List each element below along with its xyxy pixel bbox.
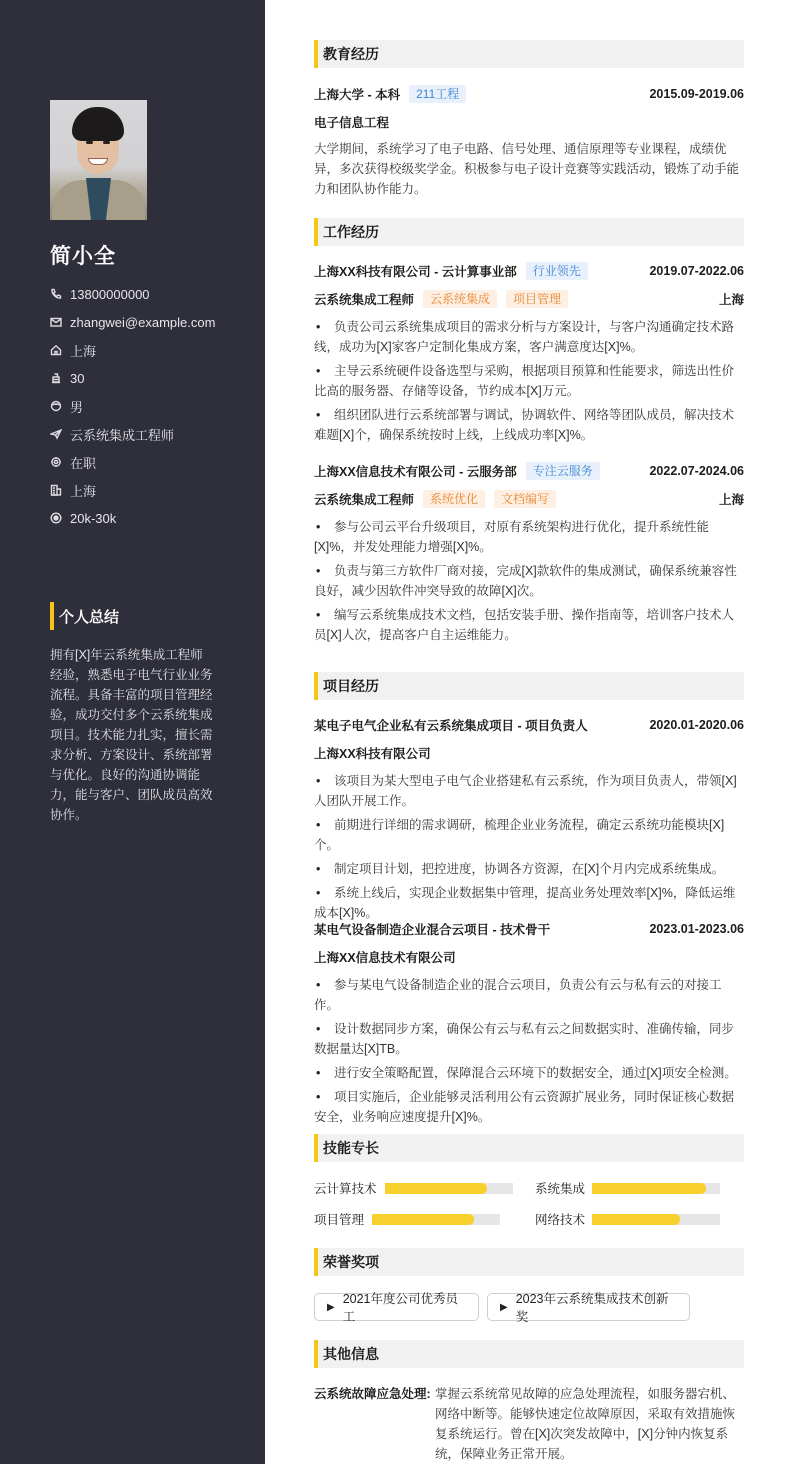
skill-item: 网络技术 <box>535 1211 720 1227</box>
list-item: 组织团队进行云系统部署与调试，协调软件、网络等团队成员，解决技术难题[X]个，确… <box>314 405 744 445</box>
work-role-row: 云系统集成工程师 系统优化 文档编写 上海 <box>314 490 744 508</box>
city-icon <box>50 484 62 496</box>
list-item: 负责公司云系统集成项目的需求分析与方案设计，与客户沟通确定技术路线，成功为[X]… <box>314 317 744 357</box>
info-salary: 20k-30k <box>50 504 215 532</box>
project-date: 2023.01-2023.06 <box>649 922 744 936</box>
work-location: 上海 <box>719 290 744 308</box>
skill-item: 云计算技术 <box>314 1180 513 1196</box>
summary-text: 拥有[X]年云系统集成工程师经验，熟悉电子电气行业业务流程。具备丰富的项目管理经… <box>50 645 214 825</box>
info-age: 30 <box>50 364 215 392</box>
work-company-row: 上海XX科技有限公司 - 云计算事业部 行业领先 2019.07-2022.06 <box>314 262 744 280</box>
skill-bar <box>592 1183 720 1194</box>
section-education-heading: 教育经历 <box>314 40 744 68</box>
skill-name: 项目管理 <box>314 1210 364 1228</box>
info-status: 在职 <box>50 448 215 476</box>
info-gender: 男 <box>50 392 215 420</box>
info-address: 上海 <box>50 336 215 364</box>
list-item: 主导云系统硬件设备选型与采购，根据项目预算和性能要求，筛选出性价比高的服务器、存… <box>314 361 744 401</box>
info-job: 云系统集成工程师 <box>50 420 215 448</box>
project-date: 2020.01-2020.06 <box>649 718 744 732</box>
section-projects-heading: 项目经历 <box>314 672 744 700</box>
award-chip: ▶ 2021年度公司优秀员工 <box>314 1293 479 1321</box>
section-other-heading: 其他信息 <box>314 1340 744 1368</box>
project-bullets: 参与某电气设备制造企业的混合云项目，负责公有云与私有云的对接工作。 设计数据同步… <box>314 975 744 1131</box>
other-info-row: 云系统故障应急处理: 掌握云系统常见故障的应急处理流程，如服务器宕机、网络中断等… <box>314 1384 744 1464</box>
avatar <box>50 100 147 220</box>
company-tag: 专注云服务 <box>526 462 600 480</box>
other-info-value: 掌握云系统常见故障的应急处理流程，如服务器宕机、网络中断等。能够快速定位故障原因… <box>435 1384 744 1464</box>
list-item: 该项目为某大型电子电气企业搭建私有云系统，作为项目负责人，带领[X]人团队开展工… <box>314 771 744 811</box>
skill-bar-fill <box>592 1183 706 1194</box>
work-company: 上海XX科技有限公司 - 云计算事业部 <box>314 262 517 280</box>
mail-icon <box>50 316 62 328</box>
work-location: 上海 <box>719 490 744 508</box>
skill-bar <box>385 1183 513 1194</box>
work-date: 2019.07-2022.06 <box>649 264 744 278</box>
project-header-row: 某电子电气企业私有云系统集成项目 - 项目负责人 2020.01-2020.06 <box>314 716 744 734</box>
project-name: 某电气设备制造企业混合云项目 - 技术骨干 <box>314 920 550 938</box>
sidebar: 简小全 13800000000 zhangwei@example.com 上海 … <box>0 0 265 1464</box>
info-email: zhangwei@example.com <box>50 308 215 336</box>
project-name: 某电子电气企业私有云系统集成项目 - 项目负责人 <box>314 716 588 734</box>
accent-bar <box>50 602 54 630</box>
list-item: 项目实施后，企业能够灵活利用公有云资源扩展业务，同时保证核心数据安全，业务响应速… <box>314 1087 744 1127</box>
summary-heading: 个人总结 <box>50 602 119 630</box>
salary-icon <box>50 512 62 524</box>
home-icon <box>50 344 62 356</box>
project-company-row: 上海XX信息技术有限公司 <box>314 948 744 966</box>
project-company: 上海XX科技有限公司 <box>314 744 431 762</box>
work-company: 上海XX信息技术有限公司 - 云服务部 <box>314 462 517 480</box>
work-role-row: 云系统集成工程师 云系统集成 项目管理 上海 <box>314 290 744 308</box>
skill-bar-fill <box>592 1214 680 1225</box>
education-date: 2015.09-2019.06 <box>649 87 744 101</box>
skill-item: 系统集成 <box>535 1180 720 1196</box>
job-icon <box>50 428 62 440</box>
role-tag: 系统优化 <box>423 490 485 508</box>
skill-bar-fill <box>372 1214 474 1225</box>
other-info-label: 云系统故障应急处理: <box>314 1384 435 1464</box>
list-item: 进行安全策略配置，保障混合云环境下的数据安全，通过[X]项安全检测。 <box>314 1063 744 1083</box>
role-tag: 文档编写 <box>494 490 556 508</box>
list-item: 设计数据同步方案，确保公有云与私有云之间数据实时、准确传输，同步数据量达[X]T… <box>314 1019 744 1059</box>
contact-info-list: 13800000000 zhangwei@example.com 上海 30 男… <box>50 280 215 532</box>
skill-item: 项目管理 <box>314 1211 500 1227</box>
candidate-name: 简小全 <box>50 240 116 270</box>
project-bullets: 该项目为某大型电子电气企业搭建私有云系统，作为项目负责人，带领[X]人团队开展工… <box>314 771 744 927</box>
work-bullets: 参与公司云平台升级项目，对原有系统架构进行优化，提升系统性能[X]%，并发处理能… <box>314 517 744 649</box>
work-company-row: 上海XX信息技术有限公司 - 云服务部 专注云服务 2022.07-2024.0… <box>314 462 744 480</box>
list-item: 系统上线后，实现企业数据集中管理，提高业务处理效率[X]%，降低运维成本[X]%… <box>314 883 744 923</box>
project-company: 上海XX信息技术有限公司 <box>314 948 456 966</box>
section-skills-heading: 技能专长 <box>314 1134 744 1162</box>
major-row: 电子信息工程 <box>314 113 744 131</box>
project-header-row: 某电气设备制造企业混合云项目 - 技术骨干 2023.01-2023.06 <box>314 920 744 938</box>
work-date: 2022.07-2024.06 <box>649 464 744 478</box>
list-item: 参与某电气设备制造企业的混合云项目，负责公有云与私有云的对接工作。 <box>314 975 744 1015</box>
list-item: 前期进行详细的需求调研，梳理企业业务流程，确定云系统功能模块[X]个。 <box>314 815 744 855</box>
status-icon <box>50 456 62 468</box>
triangle-icon: ▶ <box>327 1302 335 1313</box>
education-header-row: 上海大学 - 本科 211工程 2015.09-2019.06 <box>314 85 744 103</box>
skill-name: 云计算技术 <box>314 1179 377 1197</box>
list-item: 制定项目计划，把控进度，协调各方资源，在[X]个月内完成系统集成。 <box>314 859 744 879</box>
section-awards-heading: 荣誉奖项 <box>314 1248 744 1276</box>
skill-name: 网络技术 <box>535 1210 585 1228</box>
company-tag: 行业领先 <box>526 262 588 280</box>
work-bullets: 负责公司云系统集成项目的需求分析与方案设计，与客户沟通确定技术路线，成功为[X]… <box>314 317 744 449</box>
info-phone: 13800000000 <box>50 280 215 308</box>
skill-name: 系统集成 <box>535 1179 585 1197</box>
list-item: 编写云系统集成技术文档，包括安装手册、操作指南等，培训客户技术人员[X]人次，提… <box>314 605 744 645</box>
phone-icon <box>50 288 62 300</box>
info-city: 上海 <box>50 476 215 504</box>
education-description: 大学期间，系统学习了电子电路、信号处理、通信原理等专业课程，成绩优异，多次获得校… <box>314 139 744 199</box>
gender-icon <box>50 400 62 412</box>
project-company-row: 上海XX科技有限公司 <box>314 744 744 762</box>
list-item: 参与公司云平台升级项目，对原有系统架构进行优化，提升系统性能[X]%，并发处理能… <box>314 517 744 557</box>
work-role: 云系统集成工程师 <box>314 490 414 508</box>
award-chip: ▶ 2023年云系统集成技术创新奖 <box>487 1293 690 1321</box>
role-tag: 项目管理 <box>506 290 568 308</box>
work-role: 云系统集成工程师 <box>314 290 414 308</box>
school-name: 上海大学 - 本科 <box>314 85 400 103</box>
list-item: 负责与第三方软件厂商对接，完成[X]款软件的集成测试，确保系统兼容性良好，减少因… <box>314 561 744 601</box>
skill-bar-fill <box>385 1183 487 1194</box>
skill-bar <box>372 1214 500 1225</box>
section-work-heading: 工作经历 <box>314 218 744 246</box>
age-icon <box>50 372 62 384</box>
triangle-icon: ▶ <box>500 1302 508 1313</box>
major: 电子信息工程 <box>314 113 389 131</box>
skill-bar <box>592 1214 720 1225</box>
school-tag: 211工程 <box>409 85 466 103</box>
role-tag: 云系统集成 <box>423 290 497 308</box>
